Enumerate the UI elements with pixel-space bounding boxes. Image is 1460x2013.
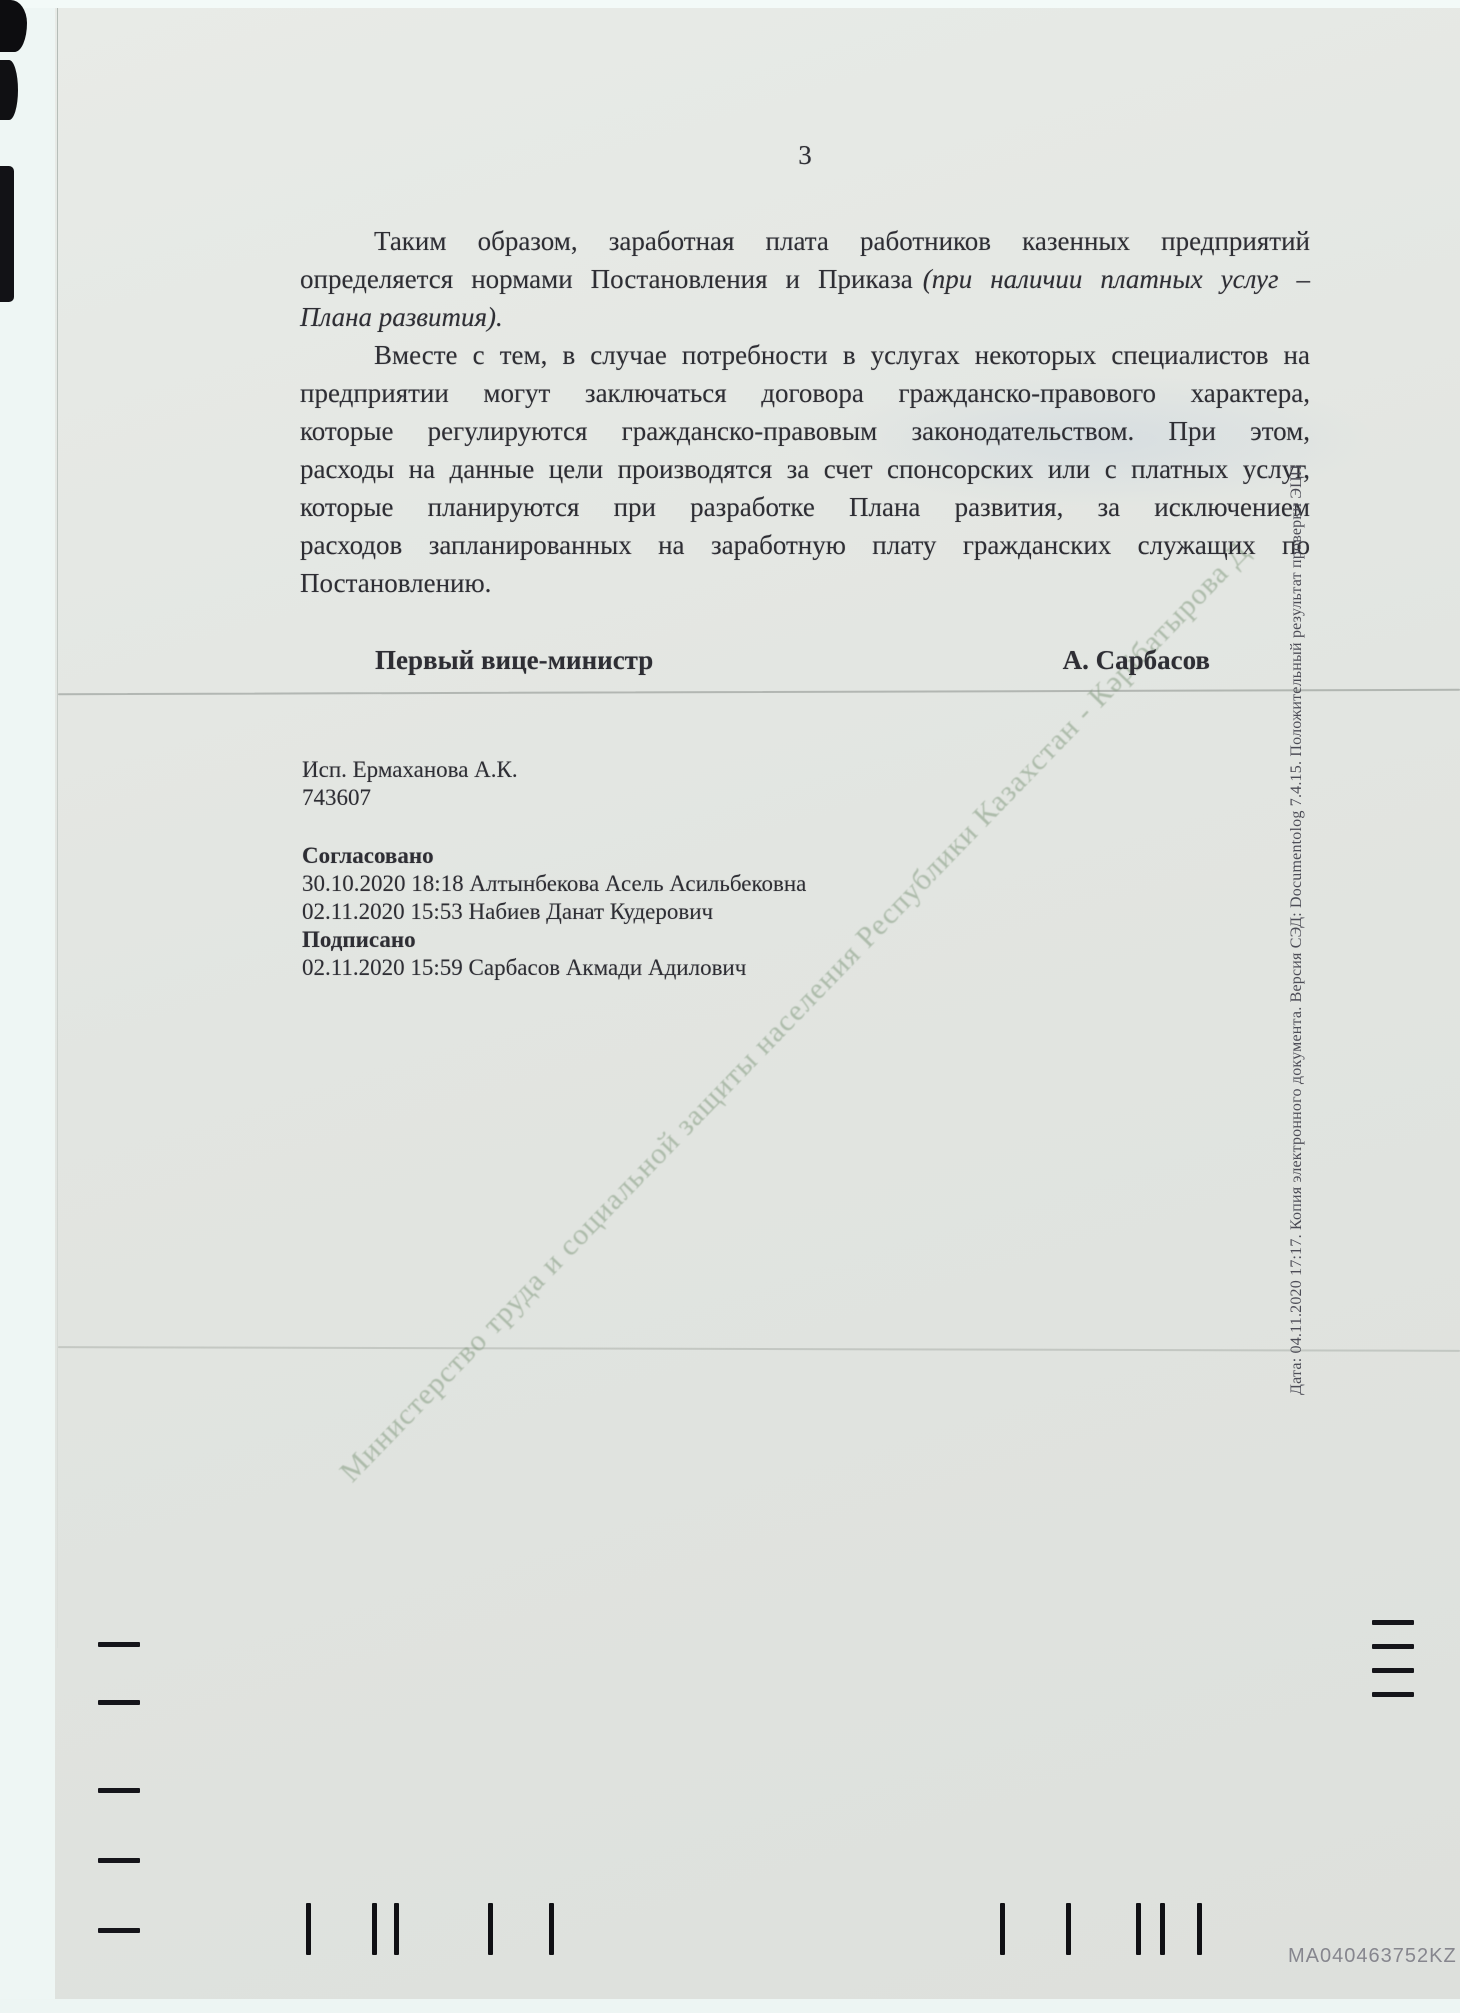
registration-tick bbox=[306, 1903, 311, 1955]
signed-label: Подписано bbox=[302, 926, 806, 954]
registration-mark bbox=[98, 1642, 140, 1647]
agreed-entry: 02.11.2020 15:53 Набиев Данат Кудерович bbox=[302, 898, 806, 926]
registration-mark bbox=[98, 1700, 140, 1705]
paragraph-line-italic: (при наличии платных услуг – bbox=[923, 264, 1310, 294]
document-code-label: MA040463752KZ (3/3 bbox=[1288, 1945, 1460, 1968]
registration-tick bbox=[372, 1903, 377, 1955]
paragraph-line: Таким образом, заработная плата работник… bbox=[300, 222, 1310, 260]
registration-mark bbox=[1372, 1620, 1414, 1625]
paragraph-line: расходы на данные цели производятся за с… bbox=[300, 450, 1310, 488]
registration-tick bbox=[1066, 1903, 1071, 1955]
registration-tick bbox=[488, 1903, 493, 1955]
page-number: 3 bbox=[300, 140, 1310, 171]
agreed-entry: 30.10.2020 18:18 Алтынбекова Асель Асиль… bbox=[302, 870, 806, 898]
executor-phone: 743607 bbox=[302, 784, 518, 812]
scan-artifact-bar bbox=[0, 166, 14, 302]
registration-mark bbox=[98, 1788, 140, 1793]
body-text: Таким образом, заработная плата работник… bbox=[300, 222, 1310, 602]
paragraph-line-italic: Плана развития). bbox=[300, 298, 1310, 336]
agreed-label: Согласовано bbox=[302, 842, 806, 870]
signed-entry: 02.11.2020 15:59 Сарбасов Акмади Адилови… bbox=[302, 954, 806, 982]
signature-title: Первый вице-министр bbox=[300, 645, 653, 676]
scan-artifact-blob bbox=[0, 0, 27, 52]
registration-tick bbox=[1000, 1903, 1005, 1955]
executor-name: Исп. Ермаханова А.К. bbox=[302, 756, 518, 784]
registration-mark bbox=[98, 1928, 140, 1933]
registration-tick bbox=[549, 1903, 554, 1955]
paragraph-line: определяется нормами Постановления и При… bbox=[300, 260, 1310, 298]
approval-block: Согласовано 30.10.2020 18:18 Алтынбекова… bbox=[302, 842, 806, 982]
signature-name: А. Сарбасов bbox=[1063, 645, 1310, 676]
registration-tick bbox=[1160, 1903, 1165, 1955]
ecp-verification-stamp-vertical-text: Дата: 04.11.2020 17:17. Копия электронно… bbox=[1288, 515, 1318, 1395]
registration-mark bbox=[1372, 1692, 1414, 1697]
executor-block: Исп. Ермаханова А.К. 743607 bbox=[302, 756, 518, 812]
scan-artifact-blob bbox=[0, 60, 18, 120]
scan-edge-top bbox=[0, 0, 1460, 8]
paragraph-line: которые планируются при разработке Плана… bbox=[300, 488, 1310, 526]
registration-mark bbox=[98, 1858, 140, 1863]
registration-mark bbox=[1372, 1644, 1414, 1649]
paragraph-line-roman: определяется нормами Постановления и При… bbox=[300, 264, 913, 294]
registration-tick bbox=[1197, 1903, 1202, 1955]
signature-row: Первый вице-министр А. Сарбасов bbox=[300, 645, 1310, 676]
paragraph-line: которые регулируются гражданско-правовым… bbox=[300, 412, 1310, 450]
registration-tick bbox=[394, 1903, 399, 1955]
paragraph-line: Постановлению. bbox=[300, 564, 1310, 602]
paragraph-line: Вместе с тем, в случае потребности в усл… bbox=[300, 336, 1310, 374]
registration-tick bbox=[1136, 1903, 1141, 1955]
registration-mark bbox=[1372, 1668, 1414, 1673]
scanned-document-page: Министерство труда и социальной защиты н… bbox=[0, 0, 1460, 2013]
scan-edge-bottom bbox=[0, 1999, 1460, 2013]
paragraph-line: предприятии могут заключаться договора г… bbox=[300, 374, 1310, 412]
paper-edge-line bbox=[57, 8, 58, 1648]
paragraph-line: расходов запланированных на заработную п… bbox=[300, 526, 1310, 564]
